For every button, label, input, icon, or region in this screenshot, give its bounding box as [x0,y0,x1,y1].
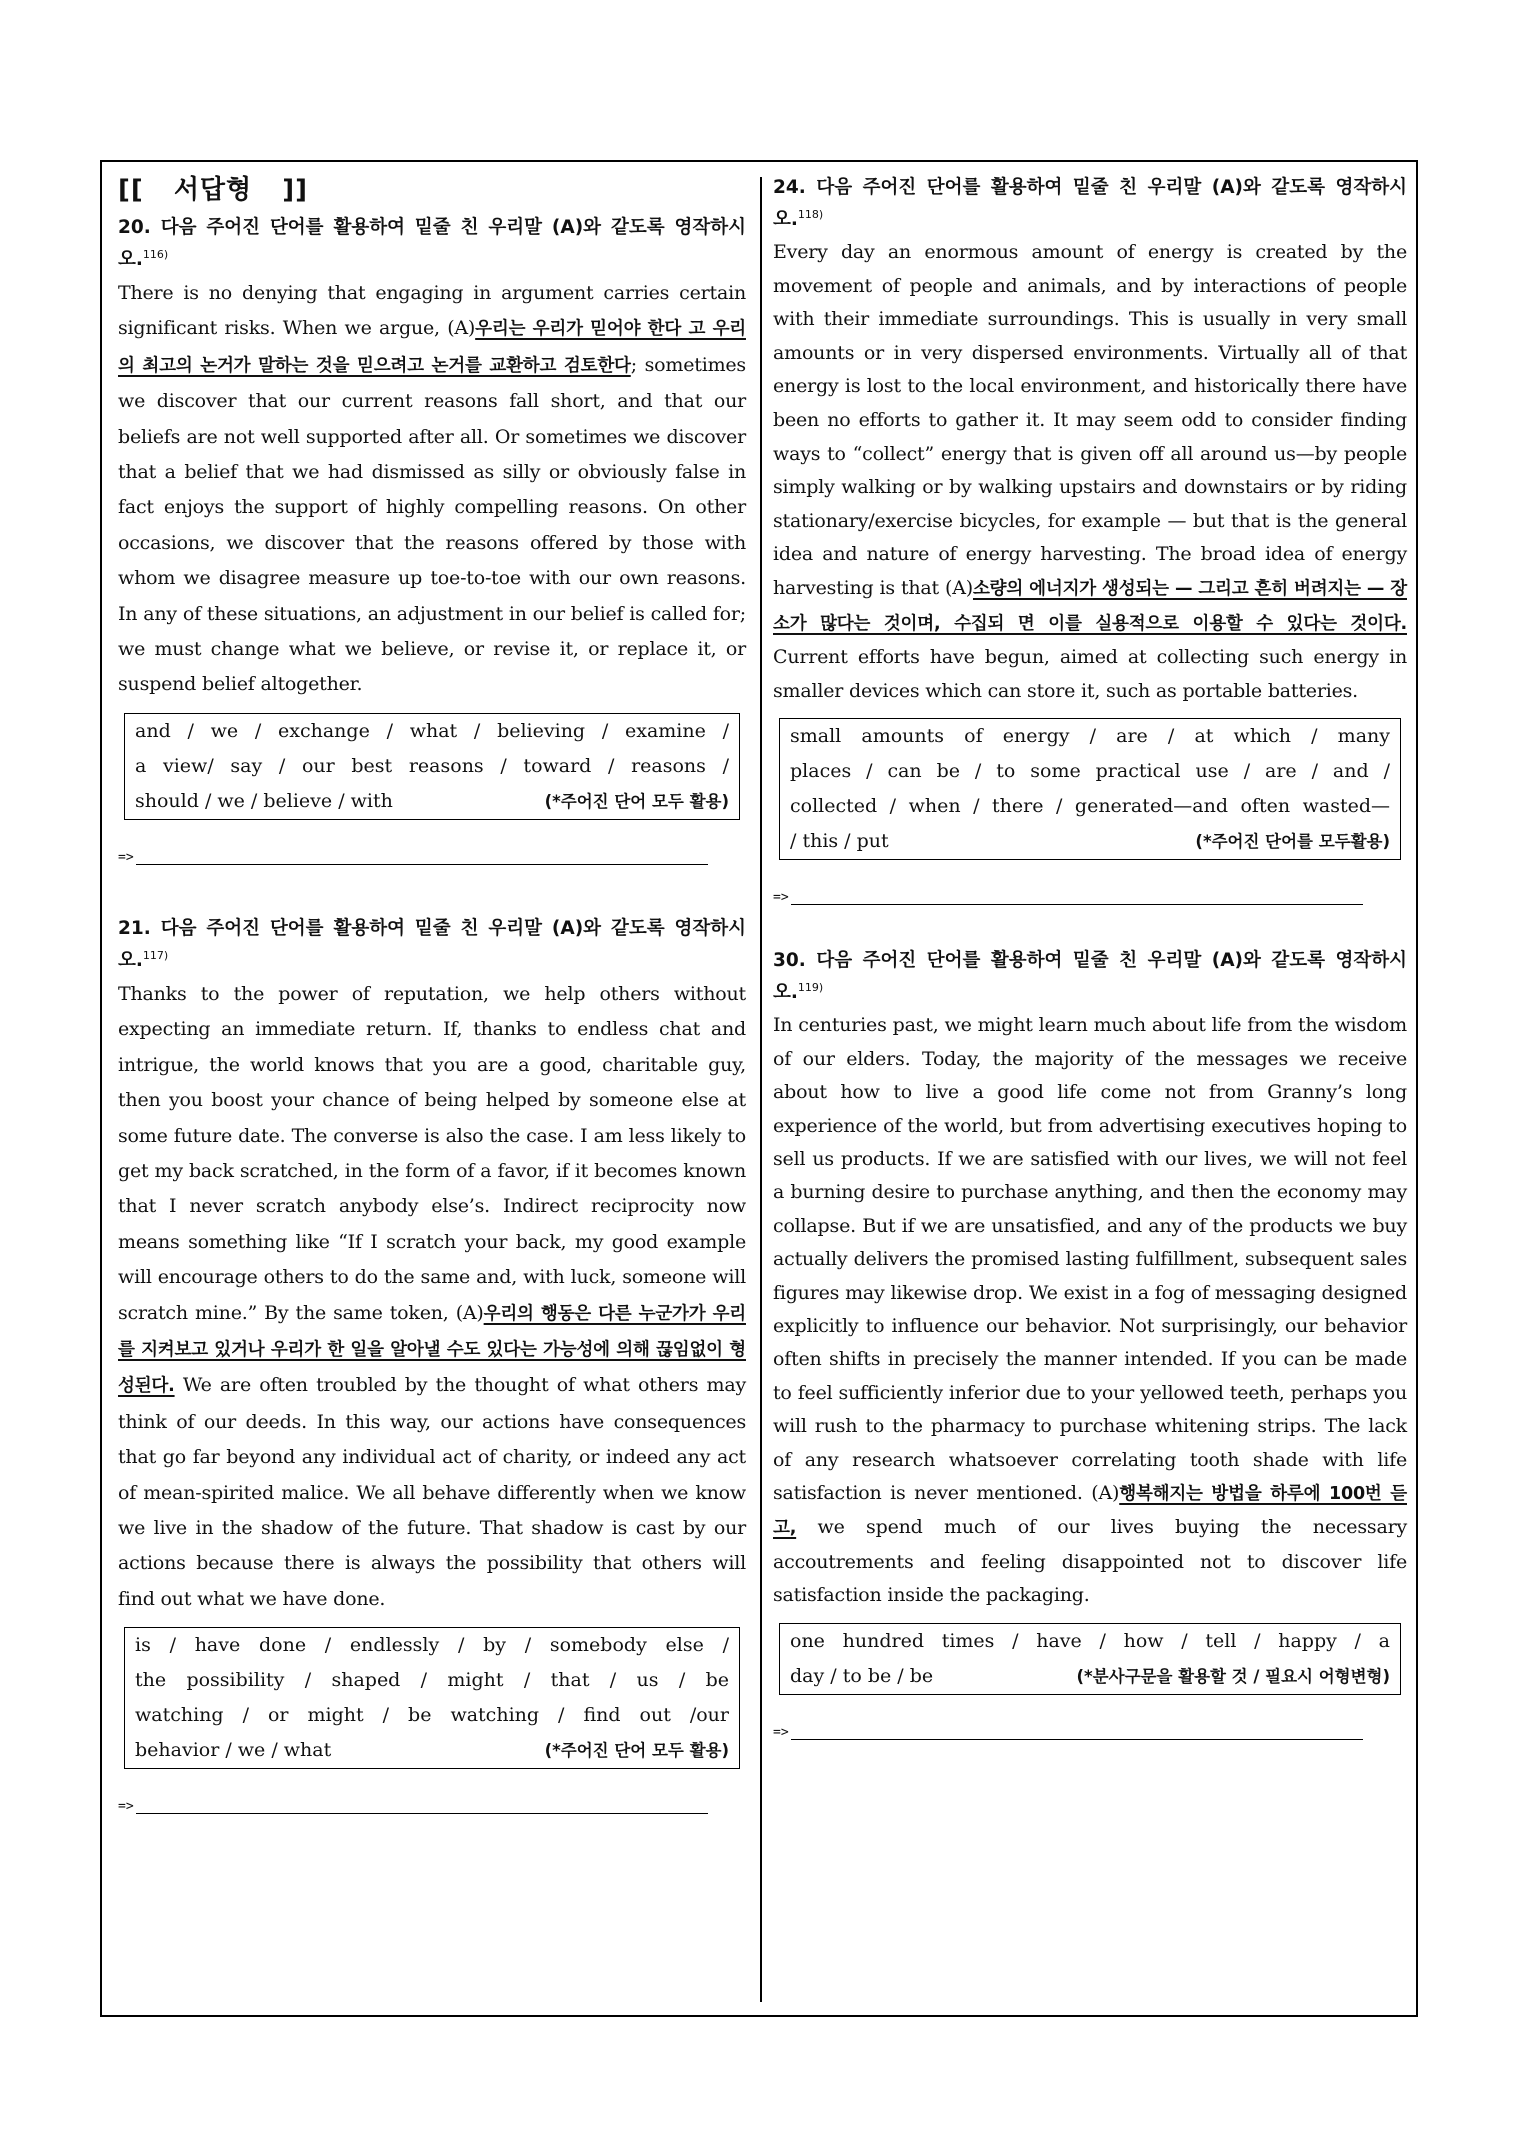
word-box-line: and / we / exchange / what / believing /… [135,714,729,749]
word-box-note: (*주어진 단어를 모두활용) [1195,824,1390,859]
answer-line[interactable] [136,850,708,865]
answer-field[interactable]: => [773,890,1407,905]
footnote-marker: 118) [798,208,823,221]
answer-prefix: => [118,1799,134,1814]
word-box: small amounts of energy / are / at which… [779,718,1401,860]
question-heading: 24. 다음 주어진 단어를 활용하여 밑줄 친 우리말 (A)와 같도록 영작… [773,172,1407,236]
answer-line[interactable] [136,1799,708,1814]
word-box-note: (*분사구문을 활용할 것 / 필요시 어형변형) [1077,1659,1390,1694]
word-box-line: small amounts of energy / are / at which… [790,719,1390,754]
section-title: [[ 서답형 ]] [118,170,746,210]
footnote-marker: 116) [143,248,168,261]
answer-prefix: => [118,850,134,865]
question-number: 20. [118,217,151,238]
question-21: 21. 다음 주어진 단어를 활용하여 밑줄 친 우리말 (A)와 같도록 영작… [118,913,746,1814]
word-box-line: should / we / believe / with(*주어진 단어 모두 … [135,784,729,819]
right-column: 24. 다음 주어진 단어를 활용하여 밑줄 친 우리말 (A)와 같도록 영작… [773,172,1407,1740]
word-box: and / we / exchange / what / believing /… [124,713,740,820]
question-number: 30. [773,950,806,971]
footnote-marker: 119) [798,981,823,994]
word-box-line: / this / put(*주어진 단어를 모두활용) [790,824,1390,859]
word-box-line: watching / or might / be watching / find… [135,1698,729,1733]
left-column: [[ 서답형 ]] 20. 다음 주어진 단어를 활용하여 밑줄 친 우리말 (… [118,170,746,1814]
word-box-note: (*주어진 단어 모두 활용) [545,1733,729,1768]
word-box-line: is / have done / endlessly / by / somebo… [135,1628,729,1663]
answer-field[interactable]: => [118,850,746,865]
question-instruction: 다음 주어진 단어를 활용하여 밑줄 친 우리말 (A)와 같도록 영작하시오. [773,950,1407,1003]
answer-field[interactable]: => [773,1725,1407,1740]
answer-line[interactable] [791,1725,1363,1740]
word-box: is / have done / endlessly / by / somebo… [124,1627,740,1769]
question-20: 20. 다음 주어진 단어를 활용하여 밑줄 친 우리말 (A)와 같도록 영작… [118,212,746,865]
word-box-line: one hundred times / have / how / tell / … [790,1624,1390,1659]
column-divider [760,177,762,2002]
question-heading: 20. 다음 주어진 단어를 활용하여 밑줄 친 우리말 (A)와 같도록 영작… [118,212,746,276]
question-heading: 21. 다음 주어진 단어를 활용하여 밑줄 친 우리말 (A)와 같도록 영작… [118,913,746,977]
footnote-marker: 117) [143,949,168,962]
answer-line[interactable] [791,890,1363,905]
answer-field[interactable]: => [118,1799,746,1814]
passage: In centuries past, we might learn much a… [773,1009,1407,1612]
passage: Thanks to the power of reputation, we he… [118,977,746,1617]
question-instruction: 다음 주어진 단어를 활용하여 밑줄 친 우리말 (A)와 같도록 영작하시오. [773,177,1407,230]
word-box-line: behavior / we / what(*주어진 단어 모두 활용) [135,1733,729,1768]
question-instruction: 다음 주어진 단어를 활용하여 밑줄 친 우리말 (A)와 같도록 영작하시오. [118,918,746,971]
word-box-line: day / to be / be(*분사구문을 활용할 것 / 필요시 어형변형… [790,1659,1390,1694]
word-box-line: a view/ say / our best reasons / toward … [135,749,729,784]
question-24: 24. 다음 주어진 단어를 활용하여 밑줄 친 우리말 (A)와 같도록 영작… [773,172,1407,905]
word-box-note: (*주어진 단어 모두 활용) [545,784,729,819]
question-number: 21. [118,918,151,939]
word-box-line: collected / when / there / generated—and… [790,789,1390,824]
word-box-line: places / can be / to some practical use … [790,754,1390,789]
word-box-line: the possibility / shaped / might / that … [135,1663,729,1698]
answer-prefix: => [773,1725,789,1740]
question-number: 24. [773,177,806,198]
passage: There is no denying that engaging in arg… [118,276,746,703]
passage: Every day an enormous amount of energy i… [773,236,1407,708]
question-instruction: 다음 주어진 단어를 활용하여 밑줄 친 우리말 (A)와 같도록 영작하시오. [118,217,746,270]
question-30: 30. 다음 주어진 단어를 활용하여 밑줄 친 우리말 (A)와 같도록 영작… [773,945,1407,1739]
answer-prefix: => [773,890,789,905]
word-box: one hundred times / have / how / tell / … [779,1623,1401,1695]
question-heading: 30. 다음 주어진 단어를 활용하여 밑줄 친 우리말 (A)와 같도록 영작… [773,945,1407,1009]
